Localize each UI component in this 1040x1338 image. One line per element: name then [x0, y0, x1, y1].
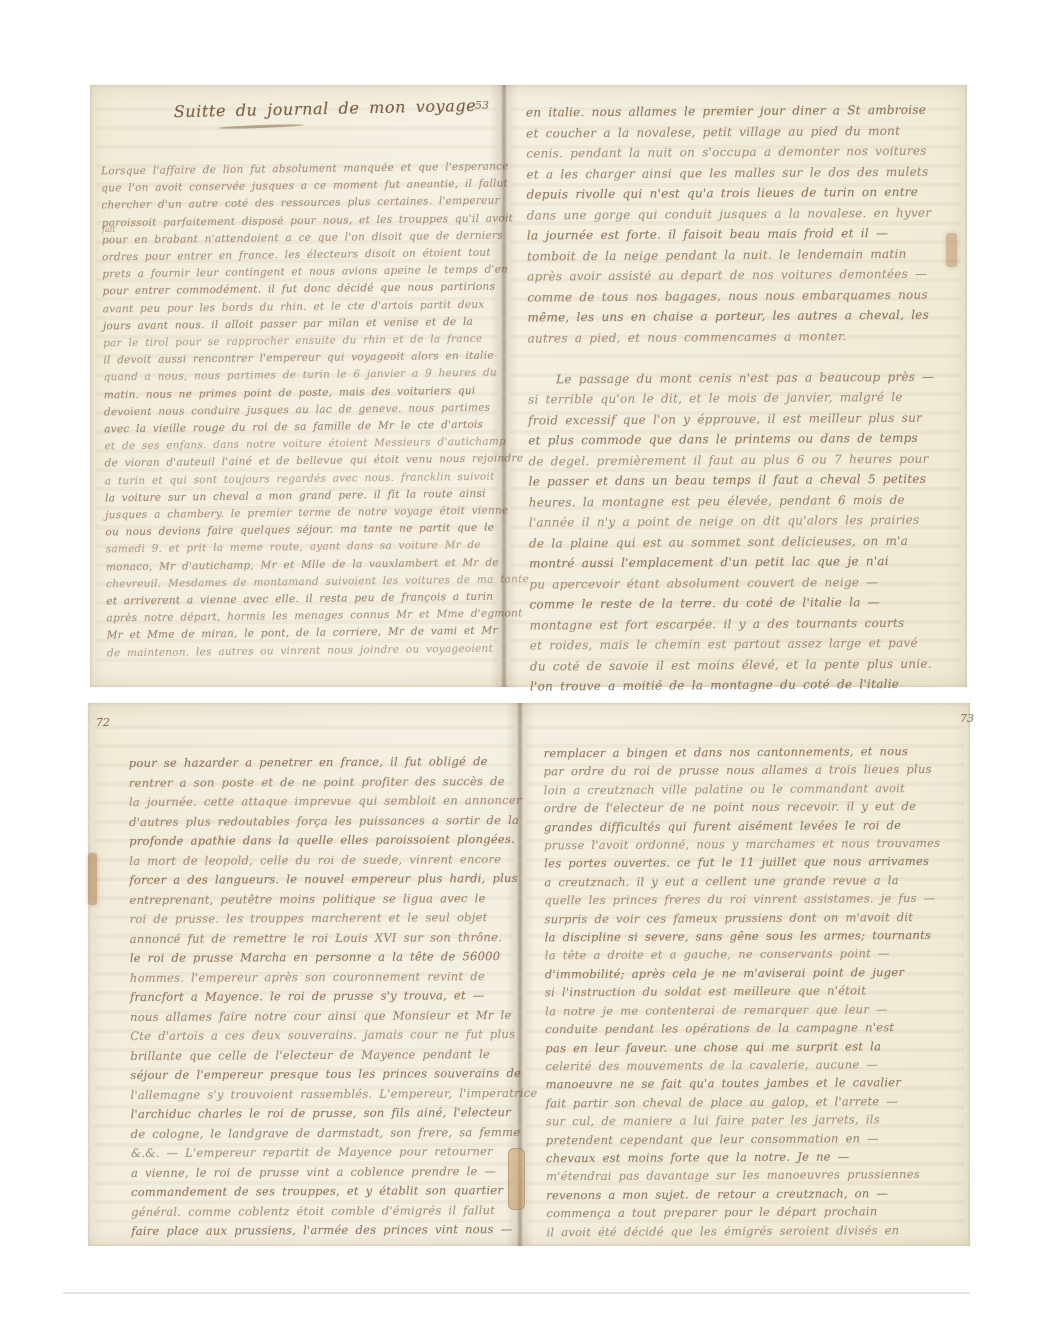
manuscript-line: commandement de ses trouppes, et y établ… — [131, 1181, 511, 1202]
folio-number-73: 73 — [960, 712, 974, 725]
handwritten-text-block: remplacer a bingen et dans nos cantonnem… — [543, 742, 965, 1242]
manuscript-line: francfort a Mayence. le roi de prusse s'… — [130, 986, 510, 1007]
manuscript-line: général. comme coblentz étoit comble d'é… — [131, 1201, 511, 1222]
manuscript-line: de maintenon. les autres ou vinrent nous… — [107, 640, 497, 662]
handwritten-text-block: pour se hazarder a penetrer en france, i… — [129, 752, 512, 1241]
manuscript-line: Cte d'artois a ces deux souverains. jama… — [130, 1025, 510, 1046]
manuscript-line: d'autres plus redoutables força les puis… — [129, 811, 509, 832]
manuscript-line: l'on trouve a moitié de la montagne du c… — [530, 673, 961, 697]
manuscript-line: hommes. l'empereur après son couronnemen… — [130, 967, 510, 988]
folio-number-72: 72 — [96, 716, 110, 729]
manuscript-line: nous allames faire notre cour ainsi que … — [130, 1006, 510, 1027]
manuscript-page-right-top: en italie. nous allames le premier jour … — [504, 85, 967, 687]
scanned-document-view: Suitte du journal de mon voyage fait Lor… — [0, 0, 1040, 1338]
manuscript-line: il avoit été décidé que les émigrés sero… — [546, 1220, 965, 1241]
manuscript-line: séjour de l'empereur presque tous les pr… — [130, 1064, 510, 1085]
manuscript-line: entreprenant, peutêtre moins politique s… — [129, 889, 509, 910]
manuscript-page-right-bottom: 73 remplacer a bingen et dans nos canton… — [520, 703, 970, 1246]
manuscript-line: rentrer a son poste et de ne point profi… — [129, 772, 509, 793]
manuscript-line: pour se hazarder a penetrer en france, i… — [129, 752, 509, 773]
manuscript-page-left-bottom: 72 pour se hazarder a penetrer en france… — [88, 703, 520, 1246]
manuscript-line: a vienne, le roi de prusse vint a coblen… — [131, 1162, 511, 1183]
manuscript-line: la journée. cette attaque imprevue qui s… — [129, 791, 509, 812]
manuscript-line: roi de prusse. les trouppes marcherent e… — [130, 908, 510, 929]
handwritten-text-block: Lorsque l'affaire de lion fut absolument… — [101, 159, 497, 663]
manuscript-line: l'archiduc charles le roi de prusse, son… — [131, 1103, 511, 1124]
manuscript-page-left-top: Suitte du journal de mon voyage fait Lor… — [90, 85, 504, 687]
manuscript-line: profonde apathie dans la quelle elles pa… — [129, 830, 509, 851]
folio-number-53: 53 — [475, 99, 489, 112]
manuscript-line: la mort de leopold, celle du roi de sued… — [129, 850, 509, 871]
manuscript-line: de cologne, le landgrave de darmstadt, s… — [131, 1123, 511, 1144]
manuscript-line: brillante que celle de l'electeur de May… — [130, 1045, 510, 1066]
manuscript-line: &.&. — L'empereur repartit de Mayence po… — [131, 1142, 511, 1163]
title-underline-flourish — [218, 124, 304, 130]
footer-divider — [63, 1292, 970, 1294]
journal-title: Suitte du journal de mon voyage — [160, 96, 490, 122]
manuscript-line: l'allemagne s'y trouvoient rassemblés. L… — [130, 1084, 510, 1105]
manuscript-spread-top: Suitte du journal de mon voyage fait Lor… — [90, 85, 967, 687]
handwritten-text-block: en italie. nous allames le premier jour … — [526, 100, 961, 697]
manuscript-line: faire place aux prussiens, l'armée des p… — [131, 1220, 511, 1241]
manuscript-line: le roi de prusse Marcha en personne a la… — [130, 947, 510, 968]
manuscript-line: forcer a des langueurs. le nouvel empere… — [129, 869, 509, 890]
manuscript-line: annoncé fut de remettre le roi Louis XVI… — [130, 928, 510, 949]
manuscript-spread-bottom: 72 pour se hazarder a penetrer en france… — [88, 703, 970, 1246]
